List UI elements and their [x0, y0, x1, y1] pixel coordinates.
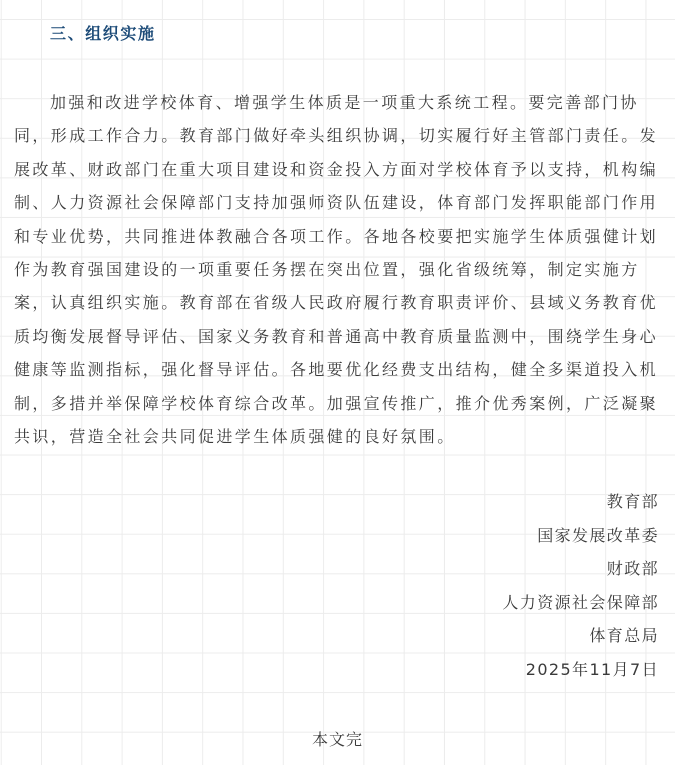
signatory-ndrc: 国家发展改革委 [502, 519, 659, 553]
document-date: 2025年11月7日 [502, 653, 659, 687]
paragraph-line: 制，多措并举保障学校体育综合改革。加强宣传推广，推介优秀案例，广泛凝聚 [14, 387, 660, 420]
paragraph-line: 加强和改进学校体育、增强学生体质是一项重大系统工程。要完善部门协 [14, 86, 660, 119]
paragraph-line: 质均衡发展督导评估、国家义务教育和普通高中教育质量监测中，围绕学生身心 [14, 320, 660, 353]
paragraph-line: 案，认真组织实施。教育部在省级人民政府履行教育职责评价、县域义务教育优 [14, 286, 660, 319]
paragraph-line: 和专业优势，共同推进体教融合各项工作。各地各校要把实施学生体质强健计划 [14, 220, 660, 253]
signatory-ministry-of-education: 教育部 [502, 485, 659, 519]
signatory-mohrss: 人力资源社会保障部 [502, 586, 659, 620]
paragraph-line: 同，形成工作合力。教育部门做好牵头组织协调，切实履行好主管部门责任。发 [14, 119, 660, 152]
signatory-sport-administration: 体育总局 [502, 619, 659, 653]
end-of-article-mark: 本文完 [0, 728, 675, 752]
paragraph-line: 共识，营造全社会共同促进学生体质强健的良好氛围。 [14, 420, 660, 453]
body-paragraph: 加强和改进学校体育、增强学生体质是一项重大系统工程。要完善部门协 同，形成工作合… [14, 86, 660, 453]
signature-block: 教育部 国家发展改革委 财政部 人力资源社会保障部 体育总局 2025年11月7… [502, 485, 659, 687]
paragraph-line: 制、人力资源社会保障部门支持加强师资队伍建设，体育部门发挥职能部门作用 [14, 186, 660, 219]
paragraph-line: 展改革、财政部门在重大项目建设和资金投入方面对学校体育予以支持，机构编 [14, 153, 660, 186]
paragraph-line: 健康等监测指标，强化督导评估。各地要优化经费支出结构，健全多渠道投入机 [14, 353, 660, 386]
paragraph-line: 作为教育强国建设的一项重要任务摆在突出位置，强化省级统筹，制定实施方 [14, 253, 660, 286]
signatory-ministry-of-finance: 财政部 [502, 552, 659, 586]
section-heading: 三、组织实施 [50, 22, 156, 46]
